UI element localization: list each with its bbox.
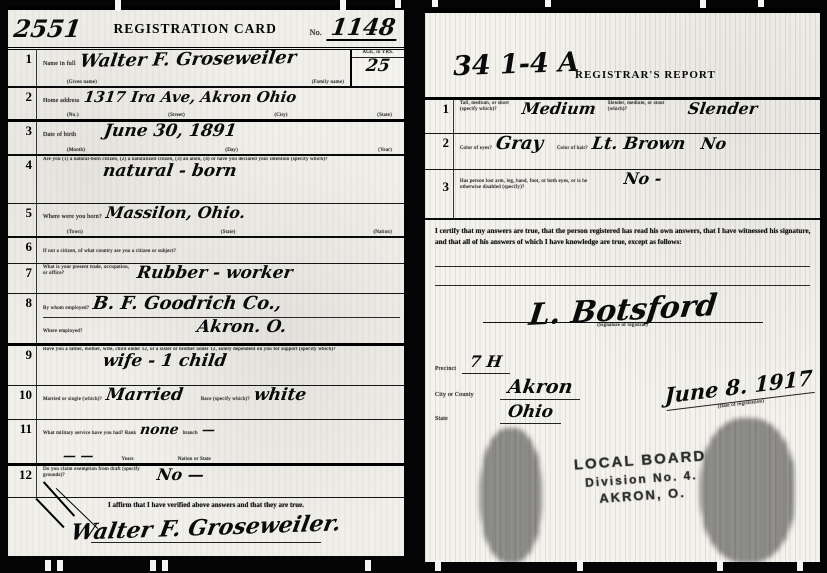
film-tick: [700, 0, 706, 8]
state-label: State: [435, 416, 448, 424]
occupation-value: Rubber - worker: [136, 265, 294, 282]
disability-label: Has person lost arm, leg, hand, foot, or…: [460, 171, 610, 192]
row-number: 10: [8, 386, 36, 419]
married-label: Married or single (which)?: [43, 397, 102, 402]
row-occupation: 7 What is your present trade, occupation…: [8, 264, 404, 294]
registrars-report-title: REGISTRAR'S REPORT: [575, 69, 716, 81]
birthdate-label: Date of birth: [43, 132, 76, 138]
row-number: 2: [8, 88, 36, 119]
exemption-label: Do you claim exemption from draft (speci…: [43, 467, 153, 480]
employer-place-value: Akron. O.: [195, 319, 287, 336]
row-number: 7: [8, 264, 36, 293]
precinct-value: 7 H: [469, 354, 503, 370]
height-value: Medium: [521, 101, 597, 117]
military-value: none: [139, 423, 180, 437]
military-label: What military service have you had? Rank: [43, 431, 136, 436]
row-number: 3: [8, 122, 36, 154]
row-number: 11: [8, 420, 36, 463]
day-caption: (Day): [225, 148, 238, 154]
scanned-draft-registration-document: 2551 REGISTRATION CARD No. 1148 1 Name i…: [0, 0, 827, 573]
hair-value: Lt. Brown: [591, 136, 687, 153]
year-caption: (Year): [378, 148, 392, 154]
blank-rule-line: [435, 248, 810, 267]
family-name-caption: (Family name): [312, 80, 344, 86]
row-number: 1: [8, 50, 36, 86]
row-citizenship: 4 Are you (1) a natural-born citizen, (2…: [8, 156, 404, 204]
age-value: 25: [365, 58, 391, 75]
city-value: Akron: [506, 378, 573, 397]
nation-state-label: Nation or State: [178, 457, 211, 462]
birthdate-value: June 30, 1891: [103, 123, 238, 140]
street-caption: (Street): [168, 113, 185, 119]
employer-value: B. F. Goodrich Co.,: [92, 295, 283, 313]
row-employer: 8 By whom employed? B. F. Goodrich Co., …: [8, 294, 404, 346]
row-number: 2: [425, 134, 453, 169]
film-tick: [435, 560, 441, 571]
nation-caption: (Nation): [373, 230, 392, 236]
scan-gutter: [404, 0, 425, 573]
card-no-label: No.: [310, 28, 322, 38]
row-married-race: 10 Married or single (which)? Married Ra…: [8, 386, 404, 420]
employer-place-label: Where employed?: [43, 329, 83, 334]
row-number: 5: [8, 204, 36, 236]
town-caption: (Town): [67, 230, 83, 236]
name-value: Walter F. Groseweiler: [78, 50, 297, 71]
race-label: Race (specify which)?: [201, 397, 250, 402]
row-build: 1 Tall, medium, or short (specify which)…: [425, 100, 820, 134]
occupation-label: What is your present trade, occupation, …: [43, 265, 133, 278]
film-tick: [395, 0, 401, 8]
row-number: 3: [425, 170, 453, 218]
row-number: 9: [8, 346, 36, 385]
stamp-number: 34 1-4 A: [453, 49, 580, 80]
citizenship-value: natural - born: [102, 163, 238, 180]
birthplace-label: Where were you born?: [43, 214, 102, 220]
build-label: Slender, medium, or stout (which)?: [608, 101, 684, 114]
film-tick: [365, 560, 371, 571]
row-address: 2 Home address 1317 Ira Ave, Akron Ohio …: [8, 88, 404, 122]
eyes-label: Color of eyes?: [460, 146, 492, 151]
registrant-signature: Walter F. Groseweiler.: [69, 512, 343, 544]
row-disability: 3 Has person lost arm, leg, hand, foot, …: [425, 170, 820, 220]
row-birthplace: 5 Where were you born? Massilon, Ohio. (…: [8, 204, 404, 238]
film-tick: [45, 560, 51, 571]
film-tick: [57, 560, 63, 571]
race-value: white: [253, 387, 308, 404]
age-box: AGE, in YRS. 25: [350, 50, 404, 86]
form-serial-number: 2551: [12, 17, 82, 41]
film-tick: [432, 0, 438, 7]
eyes-value: Gray: [495, 135, 545, 153]
military-dash: —: [201, 424, 216, 437]
branch-label: branch: [183, 431, 198, 436]
row-alien-citizenship: 6 If not a citizen, of what country are …: [8, 238, 404, 264]
row-birthdate: 3 Date of birth June 30, 1891 (Month) (D…: [8, 122, 404, 156]
row-name: 1 Name in full Walter F. Groseweiler (Gi…: [8, 50, 404, 88]
state-caption: (State): [221, 230, 236, 236]
row-dependents: 9 Have you a father, mother, wife, child…: [8, 346, 404, 386]
film-tick: [797, 560, 803, 571]
height-label: Tall, medium, or short (specify which)?: [460, 101, 518, 114]
film-tick: [162, 560, 168, 571]
local-board-stamp: LOCAL BOARD Division No. 4. AKRON, O.: [573, 446, 709, 509]
film-tick: [115, 0, 121, 11]
years-label: Years: [122, 457, 134, 462]
registration-card: 2551 REGISTRATION CARD No. 1148 1 Name i…: [8, 6, 404, 556]
state-value: Ohio: [507, 404, 554, 421]
state-caption: (State): [377, 113, 392, 119]
registrars-report-header: 34 1-4 A REGISTRAR'S REPORT: [425, 13, 820, 100]
row-exemption: 12 Do you claim exemption from draft (sp…: [8, 466, 404, 498]
film-tick: [340, 0, 346, 11]
film-tick: [545, 0, 551, 7]
row-number: 4: [8, 156, 36, 203]
row-number: 6: [8, 238, 36, 263]
row-number: 8: [8, 294, 36, 343]
row-number: 12: [8, 466, 36, 497]
film-tick: [758, 0, 764, 7]
month-caption: (Month): [67, 148, 85, 154]
blank-rule-line: [435, 267, 810, 286]
no-caption: (No.): [67, 113, 79, 119]
name-label: Name in full: [43, 61, 76, 67]
registration-card-header: 2551 REGISTRATION CARD No. 1148: [8, 10, 404, 50]
precinct-label: Precinct: [435, 366, 456, 374]
row-number: 1: [425, 100, 453, 133]
registrar-signature-block: L. Botsford (Signature of registrar): [425, 286, 820, 352]
given-name-caption: (Given name): [67, 80, 97, 86]
dependents-value: wife - 1 child: [102, 353, 228, 370]
scan-smudge: [700, 418, 795, 562]
city-caption: (City): [274, 113, 287, 119]
address-label: Home address: [43, 98, 80, 104]
film-tick: [150, 560, 156, 571]
row-military-service: 11 What military service have you had? R…: [8, 420, 404, 466]
film-tick: [717, 560, 723, 571]
hair-label: Color of hair?: [557, 146, 588, 151]
film-tick: [577, 560, 583, 571]
exemption-value: No —: [156, 467, 205, 483]
married-value: Married: [105, 387, 184, 404]
employer-label: By whom employed?: [43, 306, 89, 311]
registration-card-title: REGISTRATION CARD: [81, 21, 310, 37]
registrar-signature: L. Botsford: [527, 291, 718, 331]
build-value: Slender: [687, 101, 758, 117]
disability-value: No -: [623, 171, 663, 187]
scan-smudge: [480, 428, 542, 562]
birthplace-value: Massilon, Ohio.: [105, 205, 247, 221]
city-label: City or County: [435, 392, 474, 400]
alien-label: If not a citizen, of what country are yo…: [43, 249, 176, 254]
certification-text: I certify that my answers are true, that…: [425, 220, 820, 248]
address-value: 1317 Ira Ave, Akron Ohio: [83, 90, 297, 105]
card-number: 1148: [326, 16, 400, 41]
military-dashes: — —: [62, 450, 94, 463]
registrars-report-card: 34 1-4 A REGISTRAR'S REPORT 1 Tall, medi…: [425, 8, 820, 562]
bald-value: No: [700, 136, 728, 152]
row-eyes-hair: 2 Color of eyes? Gray Color of hair? Lt.…: [425, 134, 820, 170]
